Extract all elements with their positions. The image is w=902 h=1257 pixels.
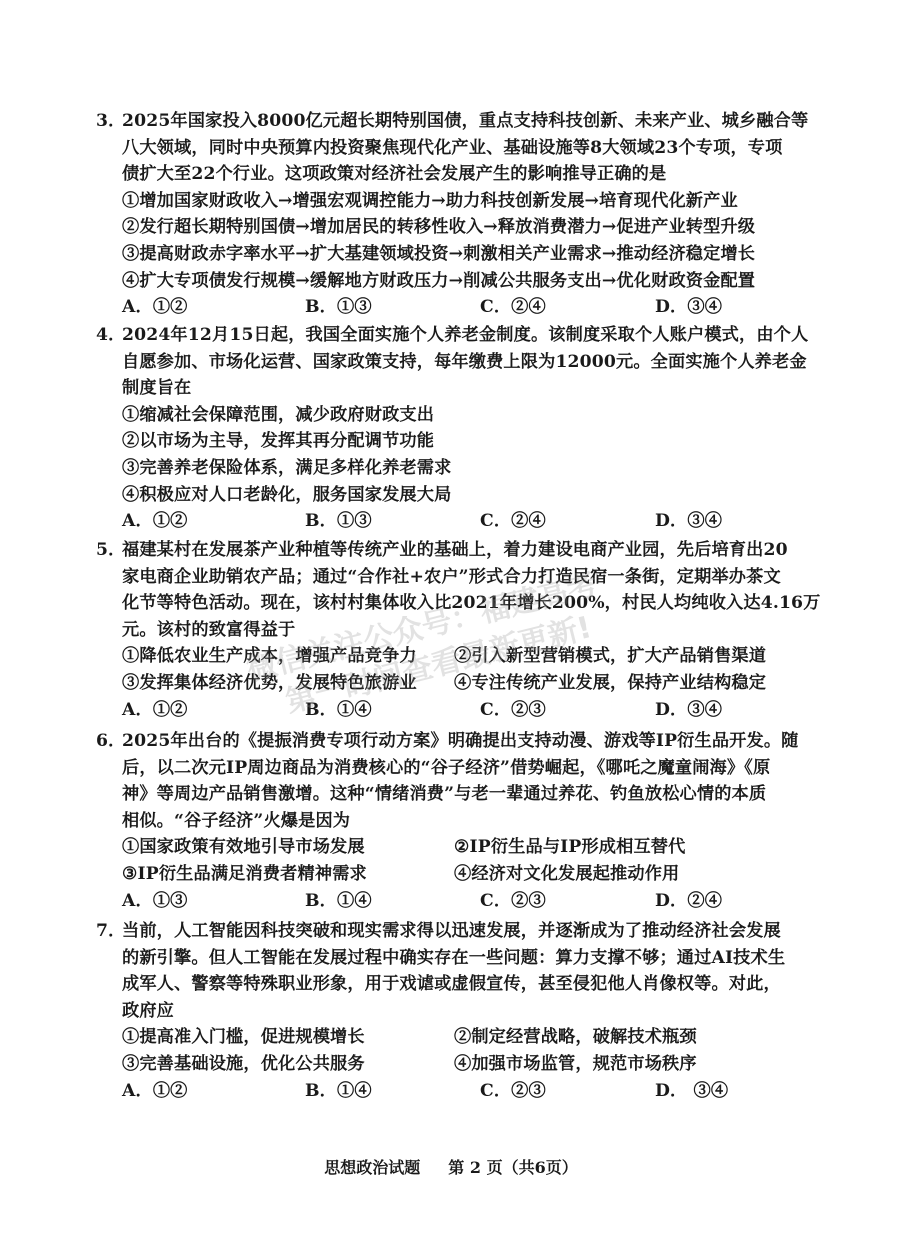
option-row: ③完善基础设施，优化公共服务 ④加强市场监管，规范市场秩序	[96, 1051, 808, 1078]
option-1: ①缩减社会保障范围，减少政府财政支出	[96, 402, 808, 429]
stem-line: 债扩大至22个行业。这项政策对经济社会发展产生的影响推导正确的是	[96, 161, 808, 188]
answer-b[interactable]: B．①④	[305, 1078, 372, 1105]
stem-line: 2025年出台的《提振消费专项行动方案》明确提出支持动漫、游戏等IP衍生品开发。…	[122, 731, 799, 751]
answer-a[interactable]: A．①②	[122, 697, 188, 724]
option-2: ②制定经营战略，破解技术瓶颈	[454, 1024, 697, 1051]
option-3: ③发挥集体经济优势，发展特色旅游业	[122, 673, 417, 693]
exam-page: 3．2025年国家投入8000亿元超长期特别国债，重点支持科技创新、未来产业、城…	[0, 0, 902, 1257]
answer-choices: A．①② B．①④ C．②③ D． ③④	[96, 1078, 808, 1105]
stem-line: 神》等周边产品销售激增。这种“情绪消费”与老一辈通过养花、钓鱼放松心情的本质	[96, 781, 808, 808]
answer-d[interactable]: D．③④	[655, 294, 722, 321]
answer-c[interactable]: C．②③	[480, 697, 546, 724]
answer-c[interactable]: C．②③	[480, 888, 546, 915]
answer-b[interactable]: B．①③	[305, 294, 372, 321]
answer-a[interactable]: A．①②	[122, 294, 188, 321]
stem-line: 当前，人工智能因科技突破和现实需求得以迅速发展，并逐渐成为了推动经济社会发展	[122, 921, 781, 941]
stem-line: 自愿参加、市场化运营、国家政策支持，每年缴费上限为12000元。全面实施个人养老…	[96, 349, 808, 376]
stem-line: 成军人、警察等特殊职业形象，用于戏谑或虚假宣传，甚至侵犯他人肖像权等。对此，	[96, 971, 808, 998]
option-row: ③发挥集体经济优势，发展特色旅游业 ④专注传统产业发展，保持产业结构稳定	[96, 670, 808, 697]
question-number: 7．	[96, 918, 122, 945]
answer-c[interactable]: C．②④	[480, 294, 546, 321]
option-2: ②以市场为主导，发挥其再分配调节功能	[96, 428, 808, 455]
option-3: ③提高财政赤字率水平→扩大基建领域投资→刺激相关产业需求→推动经济稳定增长	[96, 241, 808, 268]
answer-d[interactable]: D． ③④	[655, 1078, 728, 1105]
question-number: 3．	[96, 108, 122, 135]
answer-b[interactable]: B．①③	[305, 508, 372, 535]
stem-line: 制度旨在	[96, 375, 808, 402]
answer-c[interactable]: C．②③	[480, 1078, 546, 1105]
option-4: ④扩大专项债发行规模→缓解地方财政压力→削减公共服务支出→优化财政资金配置	[96, 268, 808, 295]
option-1: ①增加国家财政收入→增强宏观调控能力→助力科技创新发展→培育现代化新产业	[96, 188, 808, 215]
stem-line: 化节等特色活动。现在，该村村集体收入比2021年增长200%，村民人均纯收入达4…	[96, 590, 808, 617]
stem-line: 福建某村在发展茶产业种植等传统产业的基础上，着力建设电商产业园，先后培育出20	[122, 540, 788, 560]
question-4: 4．2024年12月15日起，我国全面实施个人养老金制度。该制度采取个人账户模式…	[96, 322, 808, 535]
answer-b[interactable]: B．①④	[305, 697, 372, 724]
stem-line: 元。该村的致富得益于	[96, 617, 808, 644]
question-number: 6．	[96, 728, 122, 755]
option-1: ①提高准入门槛，促进规模增长	[122, 1027, 365, 1047]
option-row: ③IP衍生品满足消费者精神需求 ④经济对文化发展起推动作用	[96, 861, 808, 888]
question-number: 4．	[96, 322, 122, 349]
option-4: ④加强市场监管，规范市场秩序	[454, 1051, 697, 1078]
option-2: ②IP衍生品与IP形成相互替代	[454, 834, 685, 861]
stem-line: 的新引擎。但人工智能在发展过程中确实存在一些问题：算力支撑不够；通过AI技术生	[96, 945, 808, 972]
option-3: ③完善养老保险体系，满足多样化养老需求	[96, 455, 808, 482]
stem-line: 八大领域，同时中央预算内投资聚焦现代化产业、基础设施等8大领域23个专项，专项	[96, 135, 808, 162]
question-stem: 7．当前，人工智能因科技突破和现实需求得以迅速发展，并逐渐成为了推动经济社会发展…	[96, 918, 808, 1024]
answer-c[interactable]: C．②④	[480, 508, 546, 535]
option-4: ④经济对文化发展起推动作用	[454, 861, 679, 888]
stem-line: 2025年国家投入8000亿元超长期特别国债，重点支持科技创新、未来产业、城乡融…	[122, 111, 808, 131]
answer-a[interactable]: A．①③	[122, 888, 188, 915]
page-footer: 思想政治试题第 2 页（共6页）	[0, 1155, 902, 1178]
answer-a[interactable]: A．①②	[122, 1078, 188, 1105]
stem-line: 家电商企业助销农产品；通过“合作社+农户”形式合力打造民宿一条街，定期举办茶文	[96, 564, 808, 591]
answer-d[interactable]: D．③④	[655, 508, 722, 535]
answer-d[interactable]: D．③④	[655, 697, 722, 724]
option-row: ①国家政策有效地引导市场发展 ②IP衍生品与IP形成相互替代	[96, 834, 808, 861]
stem-line: 2024年12月15日起，我国全面实施个人养老金制度。该制度采取个人账户模式，由…	[122, 325, 808, 345]
option-row: ①提高准入门槛，促进规模增长 ②制定经营战略，破解技术瓶颈	[96, 1024, 808, 1051]
answer-a[interactable]: A．①②	[122, 508, 188, 535]
footer-subject: 思想政治试题	[324, 1158, 420, 1177]
question-7: 7．当前，人工智能因科技突破和现实需求得以迅速发展，并逐渐成为了推动经济社会发展…	[96, 918, 808, 1104]
option-2: ②引入新型营销模式，扩大产品销售渠道	[454, 643, 766, 670]
answer-d[interactable]: D．②④	[655, 888, 722, 915]
option-3: ③IP衍生品满足消费者精神需求	[122, 864, 367, 884]
question-3: 3．2025年国家投入8000亿元超长期特别国债，重点支持科技创新、未来产业、城…	[96, 108, 808, 321]
question-6: 6．2025年出台的《提振消费专项行动方案》明确提出支持动漫、游戏等IP衍生品开…	[96, 728, 808, 914]
option-4: ④积极应对人口老龄化，服务国家发展大局	[96, 482, 808, 509]
question-stem: 5．福建某村在发展茶产业种植等传统产业的基础上，着力建设电商产业园，先后培育出2…	[96, 537, 808, 643]
question-5: 5．福建某村在发展茶产业种植等传统产业的基础上，着力建设电商产业园，先后培育出2…	[96, 537, 808, 723]
option-3: ③完善基础设施，优化公共服务	[122, 1054, 365, 1074]
option-1: ①降低农业生产成本，增强产品竞争力	[122, 646, 417, 666]
question-stem: 4．2024年12月15日起，我国全面实施个人养老金制度。该制度采取个人账户模式…	[96, 322, 808, 402]
option-2: ②发行超长期特别国债→增加居民的转移性收入→释放消费潜力→促进产业转型升级	[96, 214, 808, 241]
answer-choices: A．①② B．①③ C．②④ D．③④	[96, 508, 808, 535]
question-stem: 3．2025年国家投入8000亿元超长期特别国债，重点支持科技创新、未来产业、城…	[96, 108, 808, 188]
option-1: ①国家政策有效地引导市场发展	[122, 837, 365, 857]
question-stem: 6．2025年出台的《提振消费专项行动方案》明确提出支持动漫、游戏等IP衍生品开…	[96, 728, 808, 834]
option-4: ④专注传统产业发展，保持产业结构稳定	[454, 670, 766, 697]
footer-page-number: 第 2 页（共6页）	[448, 1158, 577, 1177]
stem-line: 相似。“谷子经济”火爆是因为	[96, 808, 808, 835]
stem-line: 后，以二次元IP周边商品为消费核心的“谷子经济”借势崛起，《哪吒之魔童闹海》《原	[96, 755, 808, 782]
answer-choices: A．①③ B．①④ C．②③ D．②④	[96, 888, 808, 915]
question-number: 5．	[96, 537, 122, 564]
stem-line: 政府应	[96, 998, 808, 1025]
answer-choices: A．①② B．①③ C．②④ D．③④	[96, 294, 808, 321]
option-row: ①降低农业生产成本，增强产品竞争力 ②引入新型营销模式，扩大产品销售渠道	[96, 643, 808, 670]
answer-choices: A．①② B．①④ C．②③ D．③④	[96, 697, 808, 724]
answer-b[interactable]: B．①④	[305, 888, 372, 915]
